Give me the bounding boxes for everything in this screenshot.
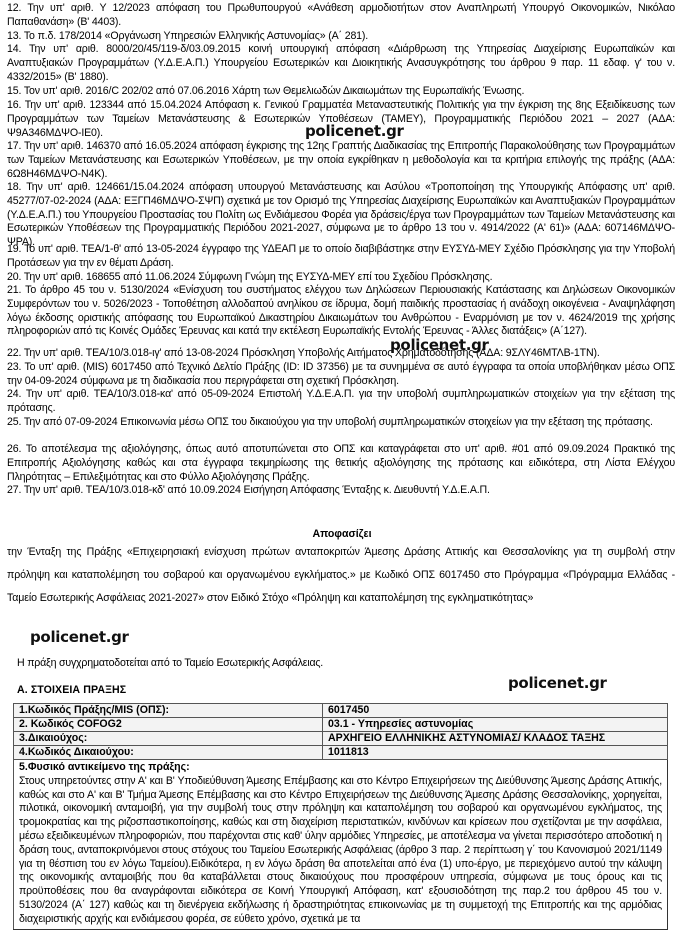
recital-21: 21. Το άρθρο 45 του ν. 5130/2024 «Ενίσχυ… [7,284,675,339]
watermark: policenet.gr [30,628,129,646]
table-row: 1.Κωδικός Πράξης/MIS (ΟΠΣ): 6017450 [14,704,668,718]
watermark: policenet.gr [508,674,607,692]
watermark: policenet.gr [305,122,404,140]
recital-13: 13. Το π.δ. 178/2014 «Οργάνωση Υπηρεσιών… [7,30,675,44]
watermark: policenet.gr [390,336,489,354]
row-label: 1.Κωδικός Πράξης/MIS (ΟΠΣ): [14,704,323,718]
row-label: 2. Κωδικός COFOG2 [14,718,323,732]
decision-title: Αποφασίζει [0,528,684,540]
document-page: 12. Την υπ' αριθ. Υ 12/2023 απόφαση του … [0,0,684,943]
row-value: 1011813 [323,746,668,760]
recital-17: 17. Την υπ' αριθ. 146370 από 16.05.2024 … [7,140,675,181]
recital-23: 23. Το υπ' αριθ. (MIS) 6017450 από Τεχνι… [7,361,675,389]
section-a-title: Α. ΣΤΟΙΧΕΙΑ ΠΡΑΞΗΣ [17,684,126,696]
row-value: ΑΡΧΗΓΕΙΟ ΕΛΛΗΝΙΚΗΣ ΑΣΤΥΝΟΜΙΑΣ/ ΚΛΑΔΟΣ ΤΑ… [323,732,668,746]
action-details-table: 1.Κωδικός Πράξης/MIS (ΟΠΣ): 6017450 2. Κ… [13,703,668,930]
description-body: Στους υπηρετούντες στην Α' και Β' Υποδιε… [19,775,662,927]
recital-27: 27. Την υπ' αριθ. ΤΕΑ/10/3.018-κδ' από 1… [7,484,675,498]
description-cell: 5.Φυσικό αντικείμενο της πράξης: Στους υ… [14,760,668,930]
description-title: 5.Φυσικό αντικείμενο της πράξης: [19,761,662,775]
recital-19: 19. Το υπ' αριθ. ΤΕΑ/1-θ' από 13-05-2024… [7,243,675,271]
row-label: 4.Κωδικός Δικαιούχου: [14,746,323,760]
recital-26: 26. Το αποτέλεσμα της αξιολόγησης, όπως … [7,443,675,484]
row-label: 3.Δικαιούχος: [14,732,323,746]
recital-24: 24. Την υπ' αριθ. ΤΕΑ/10/3.018-κα' από 0… [7,388,675,416]
table-row: 3.Δικαιούχος: ΑΡΧΗΓΕΙΟ ΕΛΛΗΝΙΚΗΣ ΑΣΤΥΝΟΜ… [14,732,668,746]
table-row-description: 5.Φυσικό αντικείμενο της πράξης: Στους υ… [14,760,668,930]
recital-22: 22. Την υπ' αριθ. ΤΕΑ/10/3.018-ιγ' από 1… [7,347,675,361]
table-row: 2. Κωδικός COFOG2 03.1 - Υπηρεσίες αστυν… [14,718,668,732]
recital-18: 18. Την υπ' αριθ. 124661/15.04.2024 απόφ… [7,181,675,250]
recital-20: 20. Την υπ' αριθ. 168655 από 11.06.2024 … [7,271,675,285]
table-row: 4.Κωδικός Δικαιούχου: 1011813 [14,746,668,760]
decision-body: την Ένταξη της Πράξης «Επιχειρησιακή ενί… [7,541,675,610]
cofunding-statement: Η πράξη συγχρηματοδοτείται από το Ταμείο… [17,657,323,669]
recital-15: 15. Τον υπ' αριθ. 2016/C 202/02 από 07.0… [7,85,675,99]
row-value: 03.1 - Υπηρεσίες αστυνομίας [323,718,668,732]
recital-12: 12. Την υπ' αριθ. Υ 12/2023 απόφαση του … [7,2,675,30]
recital-25: 25. Την από 07-09-2024 Επικοινωνία μέσω … [7,416,675,430]
recital-14: 14. Την υπ' αριθ. 8000/20/45/119-δ/03.09… [7,43,675,84]
row-value: 6017450 [323,704,668,718]
